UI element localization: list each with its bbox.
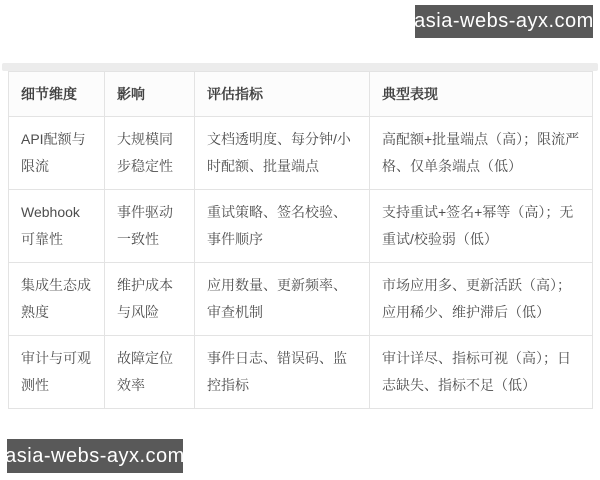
- table-cell: 文档透明度、每分钟/小时配额、批量端点: [195, 117, 370, 190]
- header-cell-typical: 典型表现: [370, 72, 593, 117]
- table-row: API配额与限流 大规模同步稳定性 文档透明度、每分钟/小时配额、批量端点 高配…: [9, 117, 593, 190]
- watermark-badge-top: asia-webs-ayx.com: [415, 5, 593, 38]
- table-cell: 事件驱动一致性: [105, 190, 195, 263]
- table-row: Webhook可靠性 事件驱动一致性 重试策略、签名校验、事件顺序 支持重试+签…: [9, 190, 593, 263]
- table-header-row: 细节维度 影响 评估指标 典型表现: [9, 72, 593, 117]
- table-cell: 审计与可观测性: [9, 336, 105, 409]
- table-cell: 审计详尽、指标可视（高）；日志缺失、指标不足（低）: [370, 336, 593, 409]
- comparison-table: 细节维度 影响 评估指标 典型表现 API配额与限流 大规模同步稳定性 文档透明…: [8, 71, 593, 409]
- table-cell: 高配额+批量端点（高）；限流严格、仅单条端点（低）: [370, 117, 593, 190]
- table-cell: 故障定位效率: [105, 336, 195, 409]
- table-cell: Webhook可靠性: [9, 190, 105, 263]
- table-row: 集成生态成熟度 维护成本与风险 应用数量、更新频率、审查机制 市场应用多、更新活…: [9, 263, 593, 336]
- table-cell: 重试策略、签名校验、事件顺序: [195, 190, 370, 263]
- table-row: 审计与可观测性 故障定位效率 事件日志、错误码、监控指标 审计详尽、指标可视（高…: [9, 336, 593, 409]
- header-cell-impact: 影响: [105, 72, 195, 117]
- table-cell: API配额与限流: [9, 117, 105, 190]
- table-cell: 支持重试+签名+幂等（高）；无重试/校验弱（低）: [370, 190, 593, 263]
- top-edge-strip: [2, 63, 598, 71]
- table-cell: 集成生态成熟度: [9, 263, 105, 336]
- watermark-badge-bottom: asia-webs-ayx.com: [7, 439, 183, 473]
- table-cell: 事件日志、错误码、监控指标: [195, 336, 370, 409]
- header-cell-metrics: 评估指标: [195, 72, 370, 117]
- table-cell: 大规模同步稳定性: [105, 117, 195, 190]
- comparison-table-container: 细节维度 影响 评估指标 典型表现 API配额与限流 大规模同步稳定性 文档透明…: [8, 71, 592, 409]
- table-cell: 维护成本与风险: [105, 263, 195, 336]
- header-cell-dimension: 细节维度: [9, 72, 105, 117]
- table-cell: 市场应用多、更新活跃（高）；应用稀少、维护滞后（低）: [370, 263, 593, 336]
- table-cell: 应用数量、更新频率、审查机制: [195, 263, 370, 336]
